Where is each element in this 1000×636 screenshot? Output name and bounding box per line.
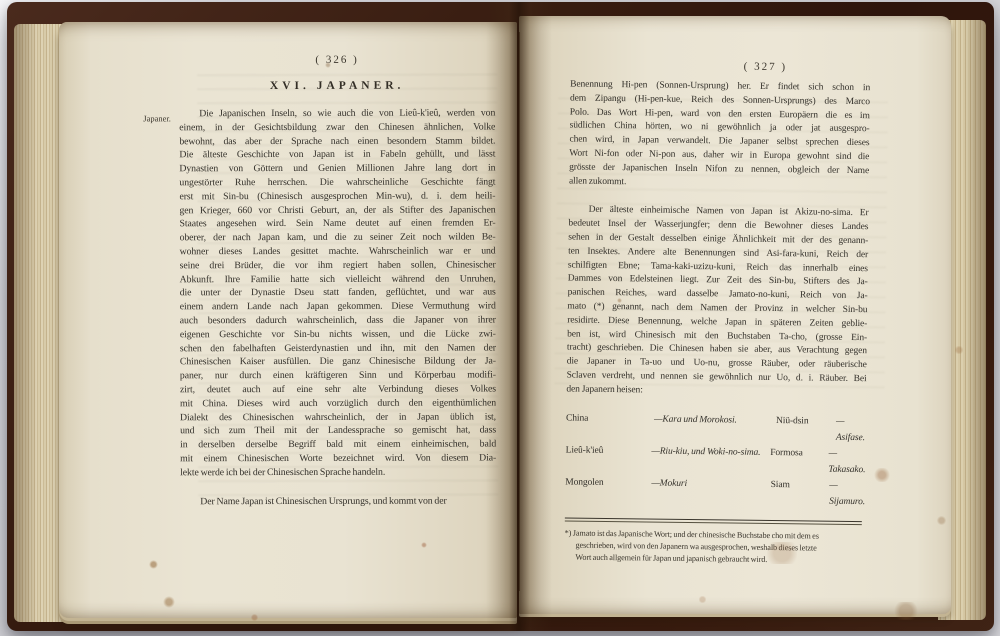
- table-definition: —Mokuri: [651, 475, 771, 508]
- text-line: Der Name Japan ist Chinesischen Ursprung…: [180, 494, 496, 509]
- book-cover: ( 326 ) XVI. Japaner. Japaner. Die Japan…: [7, 2, 994, 631]
- text-line: zirt, deutet auch auf eine sehr alte Ver…: [180, 382, 496, 397]
- text-line: in derselben derselbe Begriff bald mit e…: [180, 438, 496, 453]
- text-line: einem, in der Gesichtsbildung zwar den C…: [179, 120, 495, 135]
- page-number-right: ( 327 ): [616, 59, 914, 75]
- table-row: Mongolen —Mokuri Siam —Sijamuro.: [565, 474, 865, 510]
- text-line: mit einem Chinesischen Worte bezeichnet …: [180, 451, 496, 466]
- section-heading: XVI. Japaner.: [179, 79, 495, 92]
- table-definition: —Takasako.: [828, 445, 865, 477]
- paragraph: Der älteste einheimische Namen von Japan…: [566, 204, 868, 401]
- text-line: paner, nur durch einen kräftigeren Sinn …: [180, 369, 496, 384]
- footnote-line: Wort auch allgemein für Japan und japani…: [564, 551, 864, 567]
- table-term: Formosa: [770, 445, 829, 478]
- page-326: ( 326 ) XVI. Japaner. Japaner. Die Japan…: [59, 22, 517, 618]
- table-definition: —Kara und Morokosi.: [654, 411, 776, 444]
- text-line: Staates angesehen wird. Sein Name deutet…: [180, 217, 496, 232]
- page-326-body-text: Die Japanischen Inseln, so wie auch die …: [179, 106, 496, 508]
- table-term: Niü-dsin: [776, 413, 836, 446]
- text-line: auch besonders dadurch wahrscheinlich, d…: [180, 313, 496, 328]
- footnote-rule: [565, 517, 862, 525]
- table-definition: —Asifase.: [836, 413, 866, 445]
- text-line: Die älteste Geschichte von Japan ist in …: [179, 148, 495, 163]
- page-327-content: ( 327 ) Benennung Hi-pen (Sonnen-Ursprun…: [512, 14, 951, 617]
- page-327-body: Benennung Hi-pen (Sonnen-Ursprung) her. …: [564, 79, 870, 568]
- text-line: eigenen Geschichte vor Sin-bu nichts wis…: [180, 327, 496, 342]
- text-line: lekte werde ich bei der Chinesischen Spr…: [180, 465, 496, 480]
- text-line: einem andern Lande nach Japan gekommen. …: [180, 300, 496, 315]
- text-line: Die Japanischen Inseln, so wie auch die …: [179, 106, 495, 121]
- text-line: Dialekt des Chinesischen wahrscheinlich,…: [180, 410, 496, 425]
- text-line: oberer, der nach Japan kam, und die zu s…: [180, 231, 496, 246]
- footnote: *) Jamato ist das Japanische Wort; und d…: [564, 527, 864, 567]
- margin-note: Japaner.: [143, 113, 171, 123]
- text-line: Abkunft. Ihre Familie hatte sich viellei…: [180, 272, 496, 287]
- table-term: Siam: [770, 477, 829, 510]
- text-line: ungestörter Ruhe herrschen. Die wahrsche…: [179, 175, 495, 190]
- table-term: Mongolen: [565, 474, 651, 507]
- photo-of-open-book: { "book": { "colors": { "cover": "#3a241…: [0, 0, 1000, 636]
- page-326-content: ( 326 ) XVI. Japaner. Japaner. Die Japan…: [59, 21, 519, 618]
- text-line: und sich zum Theil mit der Landessprache…: [180, 424, 496, 439]
- paragraph: Benennung Hi-pen (Sonnen-Ursprung) her. …: [569, 79, 870, 193]
- table-term: China: [566, 410, 654, 443]
- paragraph: Die Japanischen Inseln, so wie auch die …: [179, 106, 496, 479]
- text-line: seine drei Brüder, die vor ihm regiert h…: [180, 258, 496, 273]
- page-327: ( 327 ) Benennung Hi-pen (Sonnen-Ursprun…: [519, 16, 951, 614]
- text-line: wohner dieses Landes gesittet machte. Wa…: [180, 244, 496, 259]
- text-line: erst mit Sin-bu (Chinesisch ausgesproche…: [179, 189, 495, 204]
- page-number-left: ( 326 ): [179, 53, 495, 66]
- paragraph: Der Name Japan ist Chinesischen Ursprung…: [180, 494, 496, 509]
- text-line: Dynastien von Göttern und Genien Million…: [179, 162, 495, 177]
- page-327-body-text: Benennung Hi-pen (Sonnen-Ursprung) her. …: [566, 79, 870, 401]
- table-row: Lieû-k'ieû —Riu-kiu, und Woki-no-sima. F…: [565, 442, 865, 478]
- table-term: Lieû-k'ieû: [565, 442, 651, 475]
- text-line: gen Krieger, 660 vor Christi Geburt, an,…: [179, 203, 495, 218]
- table-definition: —Riu-kiu, und Woki-no-sima.: [651, 443, 770, 476]
- text-line: bewohnt, das aber der Sprache nach einen…: [179, 134, 495, 149]
- table-definition: —Sijamuro.: [829, 477, 865, 509]
- country-names-table: China —Kara und Morokosi. Niü-dsin —Asif…: [565, 410, 866, 510]
- text-line: mit China. Dieses wird auch vorzüglich d…: [180, 396, 496, 411]
- text-line: die unter der Dynastie Dseu statt fanden…: [180, 286, 496, 301]
- text-line: Chinesischen Kaiser ausfüllen. Die ganz …: [180, 355, 496, 370]
- text-line: schen den fabelhaften Geisterdynastien u…: [180, 341, 496, 356]
- table-row: China —Kara und Morokosi. Niü-dsin —Asif…: [566, 410, 866, 446]
